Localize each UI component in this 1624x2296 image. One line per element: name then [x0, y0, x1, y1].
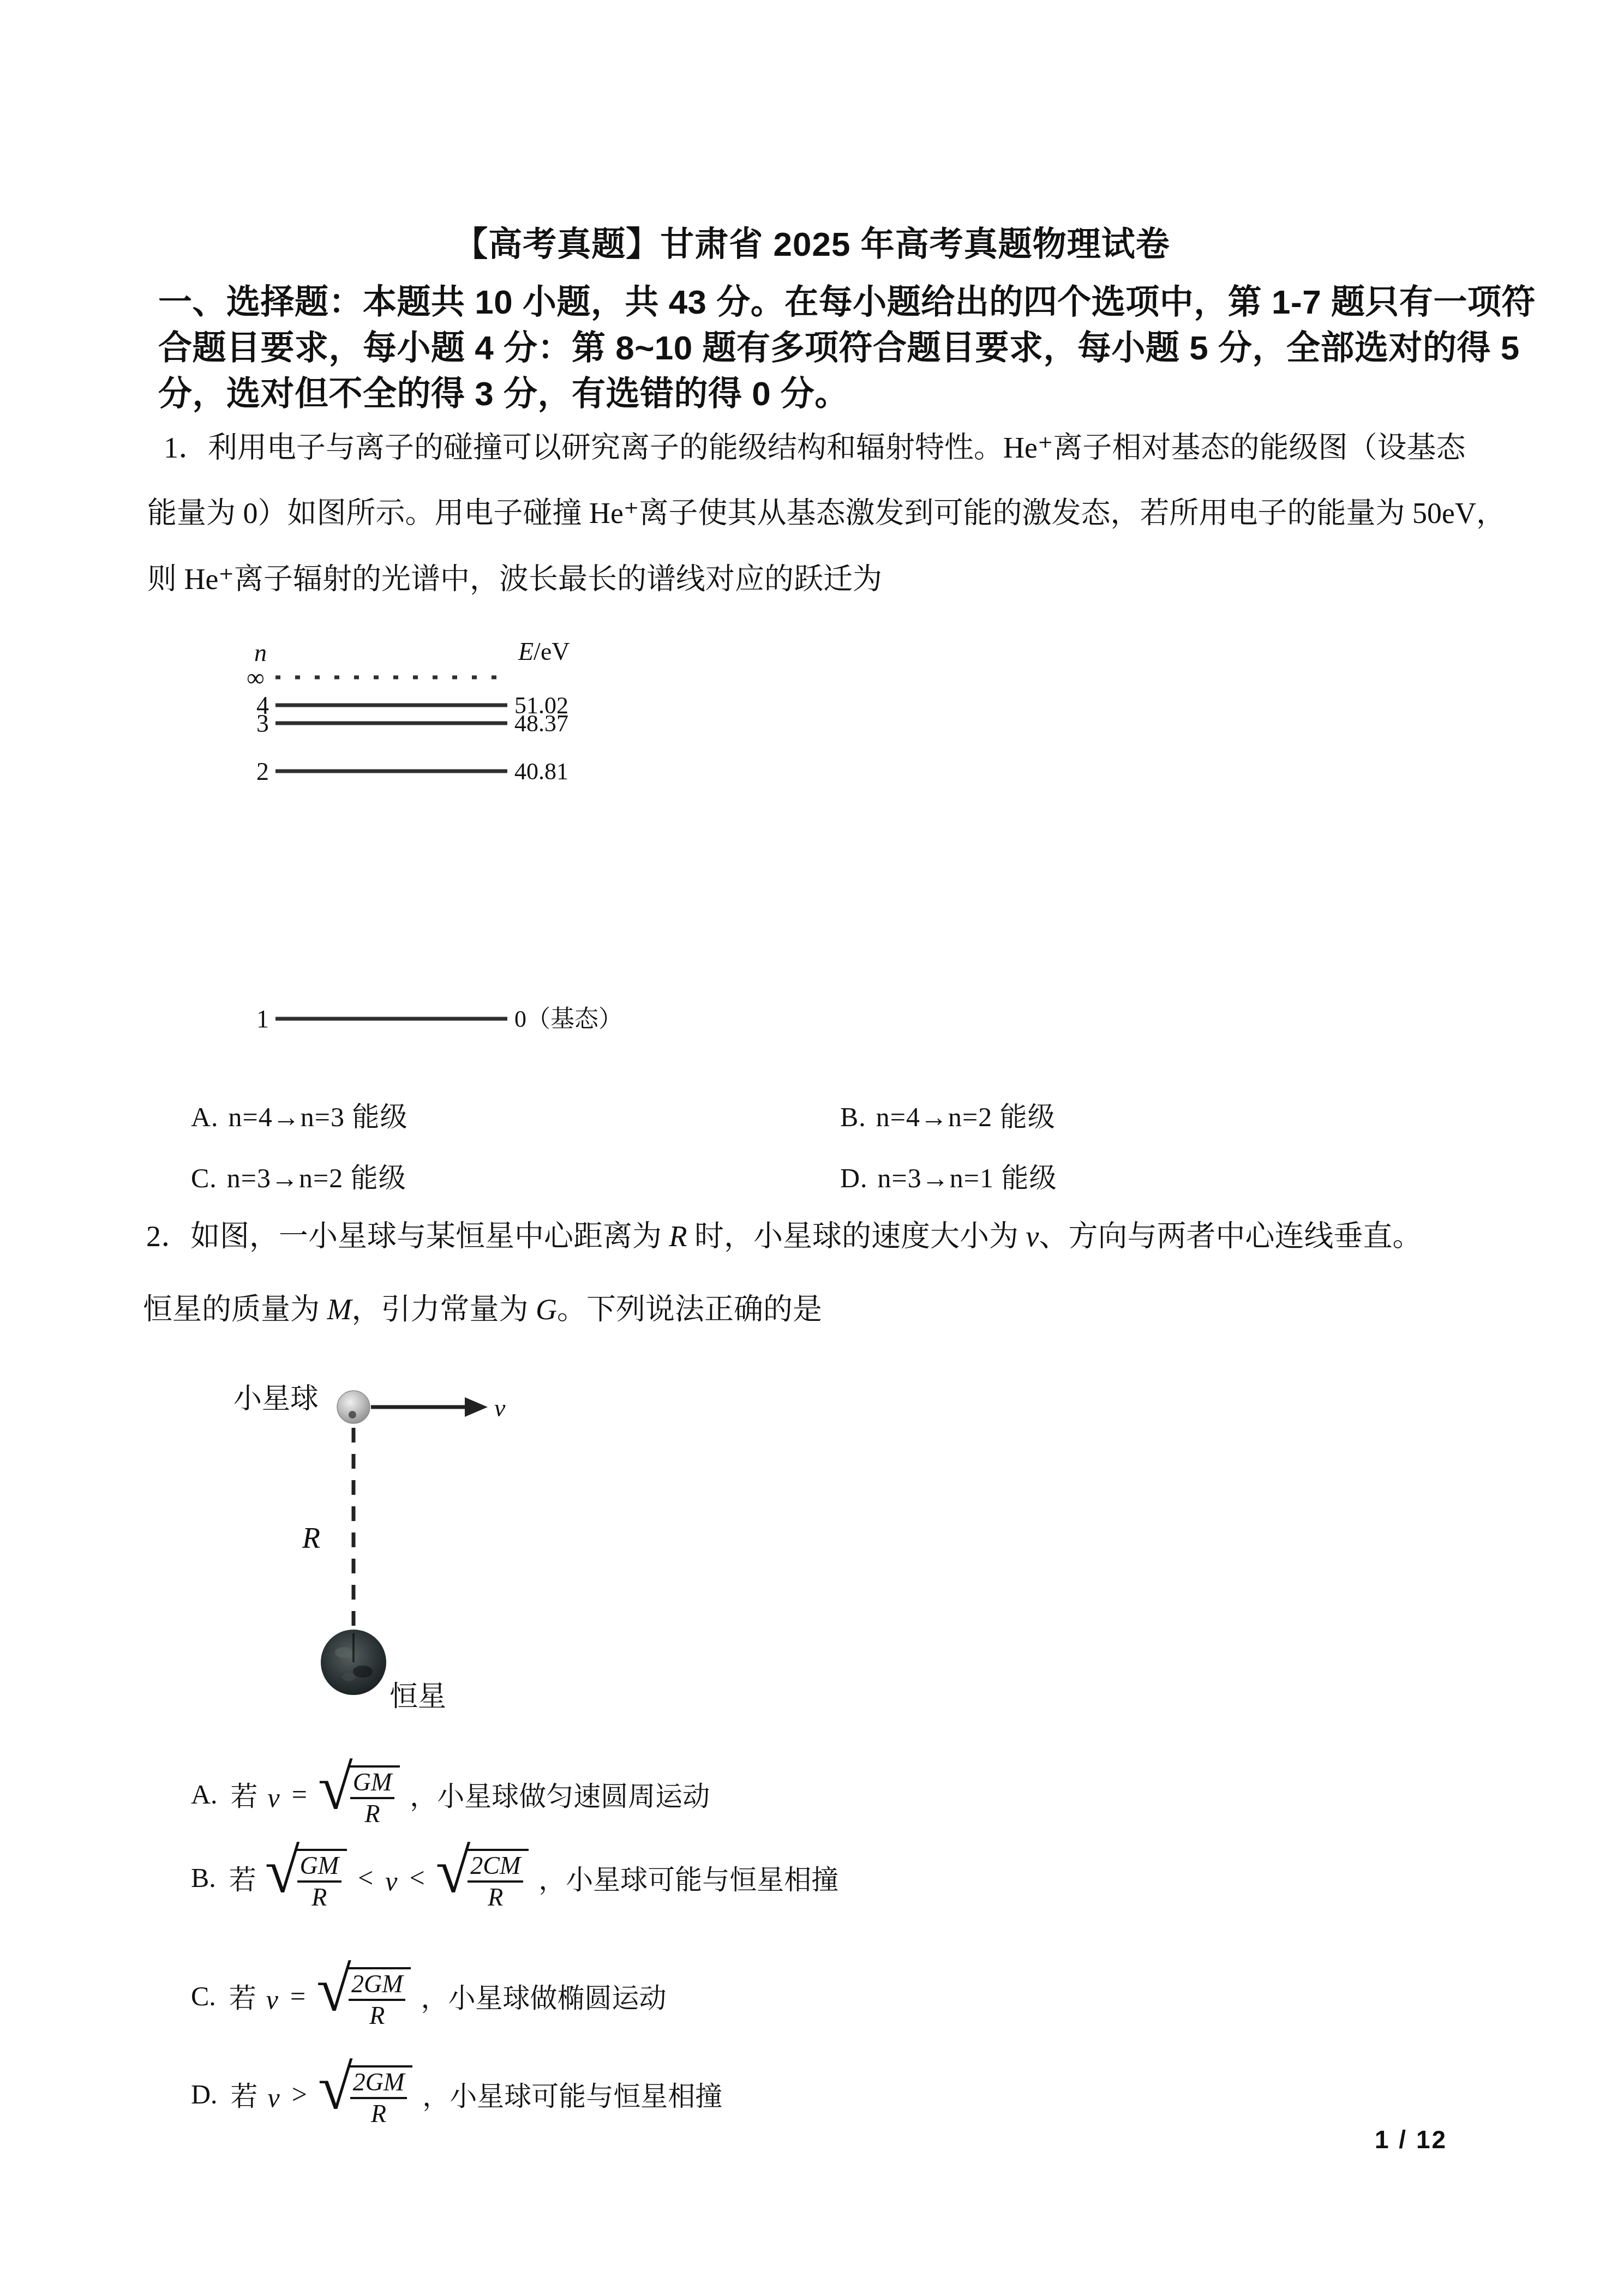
q1-text-line-2: 能量为 0）如图所示。用电子碰撞 He⁺离子使其从基态激发到可能的激发态，若所用…: [147, 496, 1506, 530]
symbol-v: v: [266, 1984, 278, 2015]
level-label-2: 2: [256, 758, 269, 785]
level-value-1: 0（基态）: [514, 1006, 622, 1032]
symbol-v: v: [385, 1865, 397, 1897]
section-instructions-line-2: 合题目要求，每小题 4 分：第 8~10 题有多项符合题目要求，每小题 5 分，…: [158, 330, 1520, 366]
option-suffix: ，小星球可能与恒星相撞: [422, 2075, 722, 2114]
fraction-denominator: R: [371, 2099, 386, 2127]
q2-text-line-2: 恒星的质量为 M，引力常量为 G。下列说法正确的是: [143, 1293, 822, 1326]
fraction-numerator: 2GM: [349, 1971, 406, 2001]
small-body-mark: [349, 1411, 356, 1419]
option-letter: A.: [191, 1778, 218, 1810]
star-label: 恒星: [389, 1681, 446, 1712]
option-suffix: ，小星球可能与恒星相撞: [538, 1858, 838, 1897]
option-text: n=3→n=1 能级: [878, 1163, 1057, 1193]
q1-option-b: B.n=4→n=2 能级: [840, 1095, 1056, 1134]
q2-option-c: C. 若 v = √2GMR ，小星球做椭圆运动: [191, 1955, 666, 2037]
q2-text-part: 时，小星球的速度大小为: [687, 1220, 1026, 1253]
star-texture: [343, 1673, 356, 1681]
option-pre: 若: [229, 1976, 256, 2016]
q2-text-part: 2．如图，一小星球与某恒星中心距离为: [146, 1220, 669, 1253]
radical: √2CMR: [436, 1847, 529, 1911]
fraction-numerator: GM: [297, 1853, 342, 1883]
relation-sign: <: [409, 1862, 424, 1894]
fraction-numerator: 2CM: [468, 1853, 523, 1883]
q1-option-c: C.n=3→n=2 能级: [191, 1156, 406, 1195]
option-pre: 若: [231, 1775, 258, 1814]
level-value-3: 48.37: [514, 710, 568, 737]
relation-sign: <: [358, 1862, 373, 1894]
q1-option-d: D.n=3→n=1 能级: [840, 1156, 1057, 1195]
option-text: n=4→n=3 能级: [229, 1102, 408, 1132]
q2-option-d: D. 若 v > √2GMR ，小星球可能与恒星相撞: [191, 2053, 722, 2135]
option-letter: D.: [840, 1163, 868, 1193]
option-letter: D.: [191, 2078, 218, 2110]
q1-option-a: A.n=4→n=3 能级: [191, 1095, 408, 1134]
option-letter: B.: [840, 1102, 866, 1132]
q2-text-part: 恒星的质量为: [143, 1293, 327, 1326]
sqrt-sign: √: [318, 1756, 353, 1819]
level-label-1: 1: [256, 1005, 269, 1033]
option-letter: C.: [191, 1163, 217, 1193]
option-suffix: ，小星球做椭圆运动: [421, 1976, 666, 2016]
fraction-denominator: R: [311, 1883, 327, 1910]
velocity-label: v: [494, 1394, 506, 1422]
axis-label-n: n: [254, 639, 267, 666]
symbol-R: R: [669, 1220, 687, 1253]
page-number: 1 / 12: [1375, 2125, 1447, 2154]
option-text: n=3→n=2 能级: [227, 1163, 406, 1193]
symbol-M: M: [327, 1293, 352, 1326]
fraction-numerator: 2GM: [350, 2069, 408, 2099]
q2-text-part: 、方向与两者中心连线垂直。: [1039, 1220, 1422, 1253]
sqrt-sign: √: [316, 1958, 351, 2021]
relation-sign: >: [292, 2078, 307, 2110]
level-label-infinity: ∞: [247, 664, 265, 692]
symbol-v: v: [268, 1782, 280, 1813]
relation-sign: =: [290, 1980, 305, 2012]
sqrt-sign: √: [265, 1840, 300, 1903]
option-suffix: ，小星球做匀速圆周运动: [410, 1775, 710, 1814]
level-value-2: 40.81: [514, 758, 568, 785]
q2-option-b: B. 若 √GMR < v < √2CMR ，小星球可能与恒星相撞: [191, 1837, 838, 1919]
q2-text-part: 。下列说法正确的是: [557, 1293, 822, 1326]
page-title: 【高考真题】甘肃省 2025 年高考真题物理试卷: [0, 217, 1624, 266]
fraction-denominator: R: [364, 1799, 380, 1827]
symbol-G: G: [536, 1293, 557, 1326]
relation-sign: =: [292, 1778, 307, 1810]
fraction-numerator: GM: [350, 1769, 395, 1799]
symbol-v: v: [268, 2082, 280, 2113]
section-instructions-line-1: 一、选择题：本题共 10 小题，共 43 分。在每小题给出的四个选项中，第 1-…: [158, 285, 1536, 320]
velocity-arrow-head: [465, 1397, 488, 1417]
small-body-circle: [337, 1391, 370, 1423]
q2-text-part: ，引力常量为: [351, 1293, 536, 1326]
axis-label-e-ev: E/eV: [518, 638, 570, 665]
q1-text-line-1: 1．利用电子与离子的碰撞可以研究离子的能级结构和辐射特性。He⁺离子相对基态的能…: [164, 431, 1465, 465]
star-texture: [335, 1647, 352, 1658]
radical: √GMR: [265, 1847, 347, 1911]
symbol-v: v: [1026, 1220, 1039, 1253]
q2-text-line-1: 2．如图，一小星球与某恒星中心距离为 R 时，小星球的速度大小为 v、方向与两者…: [146, 1219, 1422, 1253]
orbit-figure: 小星球 v R 恒星: [218, 1355, 567, 1737]
option-text: n=4→n=2 能级: [876, 1102, 1056, 1132]
radical: √2GMR: [316, 1966, 411, 2029]
radical: √2GMR: [318, 2064, 412, 2127]
sqrt-sign: √: [318, 2056, 353, 2119]
q1-text-line-3: 则 He⁺离子辐射的光谱中，波长最长的谱线对应的跃迁为: [147, 562, 882, 596]
fraction-denominator: R: [488, 1883, 503, 1910]
option-letter: C.: [191, 1980, 216, 2012]
star-texture: [353, 1666, 373, 1678]
option-pre: 若: [231, 2075, 258, 2114]
exam-page: 【高考真题】甘肃省 2025 年高考真题物理试卷 一、选择题：本题共 10 小题…: [0, 0, 1624, 2296]
fraction-denominator: R: [369, 2001, 385, 2029]
section-instructions-line-3: 分，选对但不全的得 3 分，有选错的得 0 分。: [158, 376, 849, 412]
option-letter: B.: [191, 1862, 216, 1894]
energy-level-diagram: n E/eV ∞ 4 51.02 3 48.37 2 40.81 1 0（基态）: [235, 627, 649, 1053]
option-pre: 若: [229, 1858, 256, 1897]
option-letter: A.: [191, 1102, 219, 1132]
q2-option-a: A. 若 v = √GMR ，小星球做匀速圆周运动: [191, 1753, 710, 1835]
sqrt-sign: √: [436, 1840, 471, 1903]
radical: √GMR: [318, 1764, 400, 1828]
level-label-3: 3: [256, 710, 269, 737]
distance-label: R: [302, 1522, 320, 1554]
small-body-label: 小星球: [233, 1384, 319, 1415]
